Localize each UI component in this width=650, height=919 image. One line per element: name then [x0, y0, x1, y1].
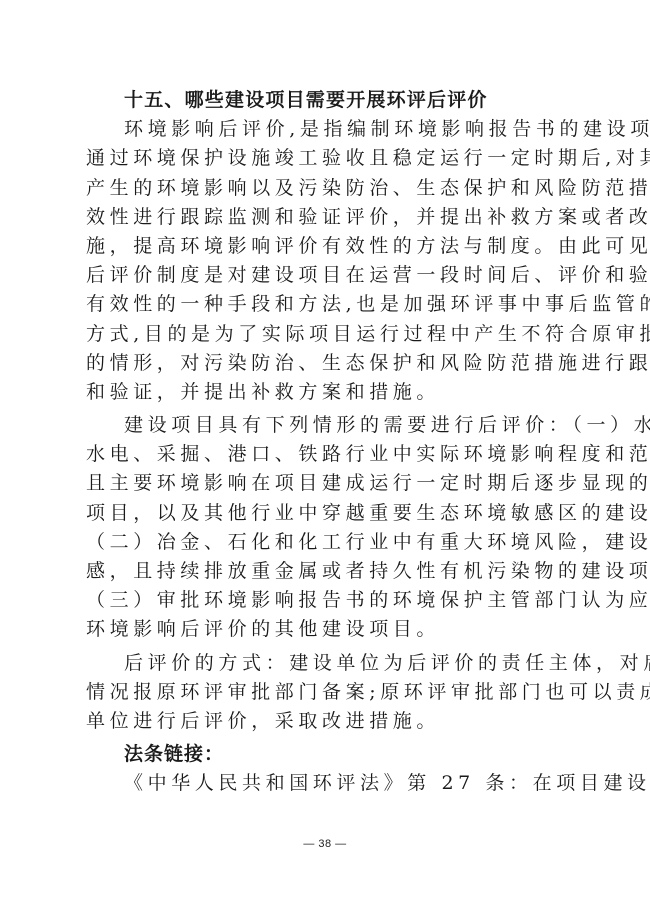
text-line: 情况报原环评审批部门备案;原环评审批部门也可以责成建设 [86, 678, 568, 707]
text-line: 和验证，并提出补救方案和措施。 [86, 378, 568, 407]
text-line: 产生的环境影响以及污染防治、生态保护和风险防范措施的有 [86, 174, 568, 203]
paragraph-method: 后评价的方式：建设单位为后评价的责任主体，对后评价 情况报原环评审批部门备案;原… [86, 649, 568, 737]
paragraph-law-link: 《中华人民共和国环评法》第 27 条：在项目建设、运行 [86, 769, 568, 798]
text-line: 环境影响后评价的其他建设项目。 [86, 615, 568, 644]
text-line: 《中华人民共和国环评法》第 27 条：在项目建设、运行 [86, 769, 568, 798]
text-line: 方式,目的是为了实际项目运行过程中产生不符合原审批文件 [86, 320, 568, 349]
text-line: 的情形，对污染防治、生态保护和风险防范措施进行跟踪监测 [86, 349, 568, 378]
text-line: 后评价的方式：建设单位为后评价的责任主体，对后评价 [86, 649, 568, 678]
section-heading: 十五、哪些建设项目需要开展环评后评价 [86, 86, 568, 115]
text-line: 有效性的一种手段和方法,也是加强环评事中事后监管的有效 [86, 290, 568, 319]
text-line: 施，提高环境影响评价有效性的方法与制度。由此可见，环评 [86, 232, 568, 261]
text-line: 效性进行跟踪监测和验证评价，并提出补救方案或者改进措 [86, 203, 568, 232]
text-line: （二）冶金、石化和化工行业中有重大环境风险，建设地点敏 [86, 528, 568, 557]
text-line: （三）审批环境影响报告书的环境保护主管部门认为应当开展 [86, 586, 568, 615]
text-line: 建设项目具有下列情形的需要进行后评价：（一）水利、 [86, 411, 568, 440]
text-line: 通过环境保护设施竣工验收且稳定运行一定时期后,对其实际 [86, 144, 568, 173]
page-number: — 38 — [0, 838, 650, 850]
document-page: 十五、哪些建设项目需要开展环评后评价 环境影响后评价,是指编制环境影响报告书的建… [86, 86, 568, 799]
text-line: 环境影响后评价,是指编制环境影响报告书的建设项目在 [86, 115, 568, 144]
text-line: 后评价制度是对建设项目在运营一段时间后、评价和验证环评 [86, 261, 568, 290]
law-link-heading: 法条链接： [86, 740, 568, 769]
text-line: 且主要环境影响在项目建成运行一定时期后逐步显现的建设 [86, 469, 568, 498]
text-line: 水电、采掘、港口、铁路行业中实际环境影响程度和范围较大， [86, 440, 568, 469]
paragraph-definition: 环境影响后评价,是指编制环境影响报告书的建设项目在 通过环境保护设施竣工验收且稳… [86, 115, 568, 407]
text-line: 项目，以及其他行业中穿越重要生态环境敏感区的建设项目； [86, 499, 568, 528]
text-line: 单位进行后评价，采取改进措施。 [86, 707, 568, 736]
paragraph-conditions: 建设项目具有下列情形的需要进行后评价：（一）水利、 水电、采掘、港口、铁路行业中… [86, 411, 568, 645]
text-line: 感，且持续排放重金属或者持久性有机污染物的建设项目； [86, 557, 568, 586]
